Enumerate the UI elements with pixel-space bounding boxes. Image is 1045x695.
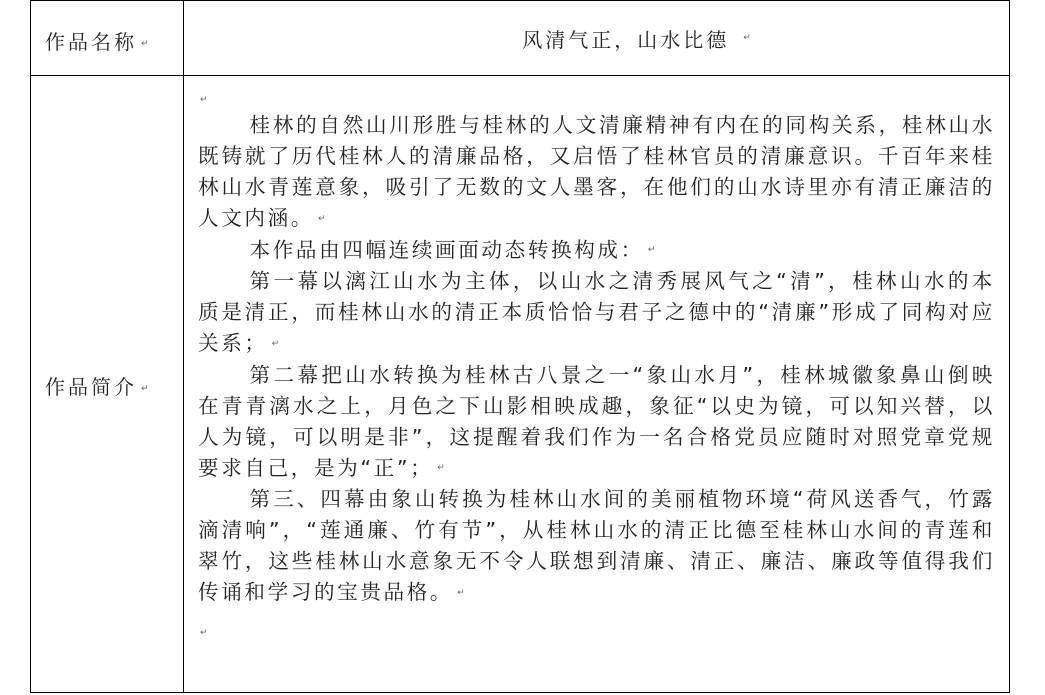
- paragraph-mark-icon: ↵: [198, 623, 995, 643]
- label-work-name-text: 作品名称: [45, 30, 137, 54]
- intro-paragraph-1-text: 桂林的自然山川形胜与桂林的人文清廉精神有内在的同构关系，桂林山水既铸就了历代桂林…: [198, 113, 995, 230]
- intro-paragraph-4-text: 第二幕把山水转换为桂林古八景之一“象山水月”，桂林城徽象鼻山倒映在青青漓水之上，…: [198, 363, 995, 480]
- intro-paragraph-2-text: 本作品由四幅连续画面动态转换构成：: [250, 238, 644, 262]
- intro-paragraph-5: 第三、四幕由象山转换为桂林山水间的美丽植物环境“荷风送香气，竹露滴清响”，“莲通…: [198, 484, 995, 609]
- table-left-border: [30, 0, 31, 693]
- intro-paragraph-3-text: 第一幕以漓江山水为主体，以山水之清秀展风气之“清”，桂林山水的本质是清正，而桂林…: [198, 269, 995, 355]
- work-name-value: 风清气正，山水比德: [522, 24, 729, 53]
- work-intro-cell: ↵ 桂林的自然山川形胜与桂林的人文清廉精神有内在的同构关系，桂林山水既铸就了历代…: [184, 76, 1009, 693]
- paragraph-mark-icon: ↵: [318, 214, 326, 224]
- paragraph-mark-icon: ↵: [437, 463, 445, 473]
- intro-paragraph-3: 第一幕以漓江山水为主体，以山水之清秀展风气之“清”，桂林山水的本质是清正，而桂林…: [198, 266, 995, 360]
- label-work-intro-text: 作品简介: [45, 375, 137, 399]
- work-name-value-cell: 风清气正，山水比德↵: [184, 1, 1009, 75]
- label-work-intro: 作品简介↵: [31, 371, 183, 400]
- paragraph-mark-icon: ↵: [272, 339, 280, 349]
- intro-paragraph-4: 第二幕把山水转换为桂林古八景之一“象山水月”，桂林城徽象鼻山倒映在青青漓水之上，…: [198, 360, 995, 485]
- paragraph-mark-icon: ↵: [141, 39, 149, 49]
- paragraph-mark-icon: ↵: [743, 33, 751, 43]
- paragraph-mark-icon: ↵: [648, 245, 656, 255]
- table-right-border: [1009, 0, 1010, 693]
- intro-paragraph-2: 本作品由四幅连续画面动态转换构成：↵: [198, 235, 995, 267]
- paragraph-mark-icon: ↵: [457, 588, 465, 598]
- intro-paragraph-1: 桂林的自然山川形胜与桂林的人文清廉精神有内在的同构关系，桂林山水既铸就了历代桂林…: [198, 110, 995, 235]
- paragraph-mark-icon: ↵: [141, 384, 149, 394]
- intro-paragraph-5-text: 第三、四幕由象山转换为桂林山水间的美丽植物环境“荷风送香气，竹露滴清响”，“莲通…: [198, 487, 995, 604]
- paragraph-mark-icon: ↵: [198, 90, 995, 110]
- label-work-name: 作品名称↵: [31, 26, 183, 55]
